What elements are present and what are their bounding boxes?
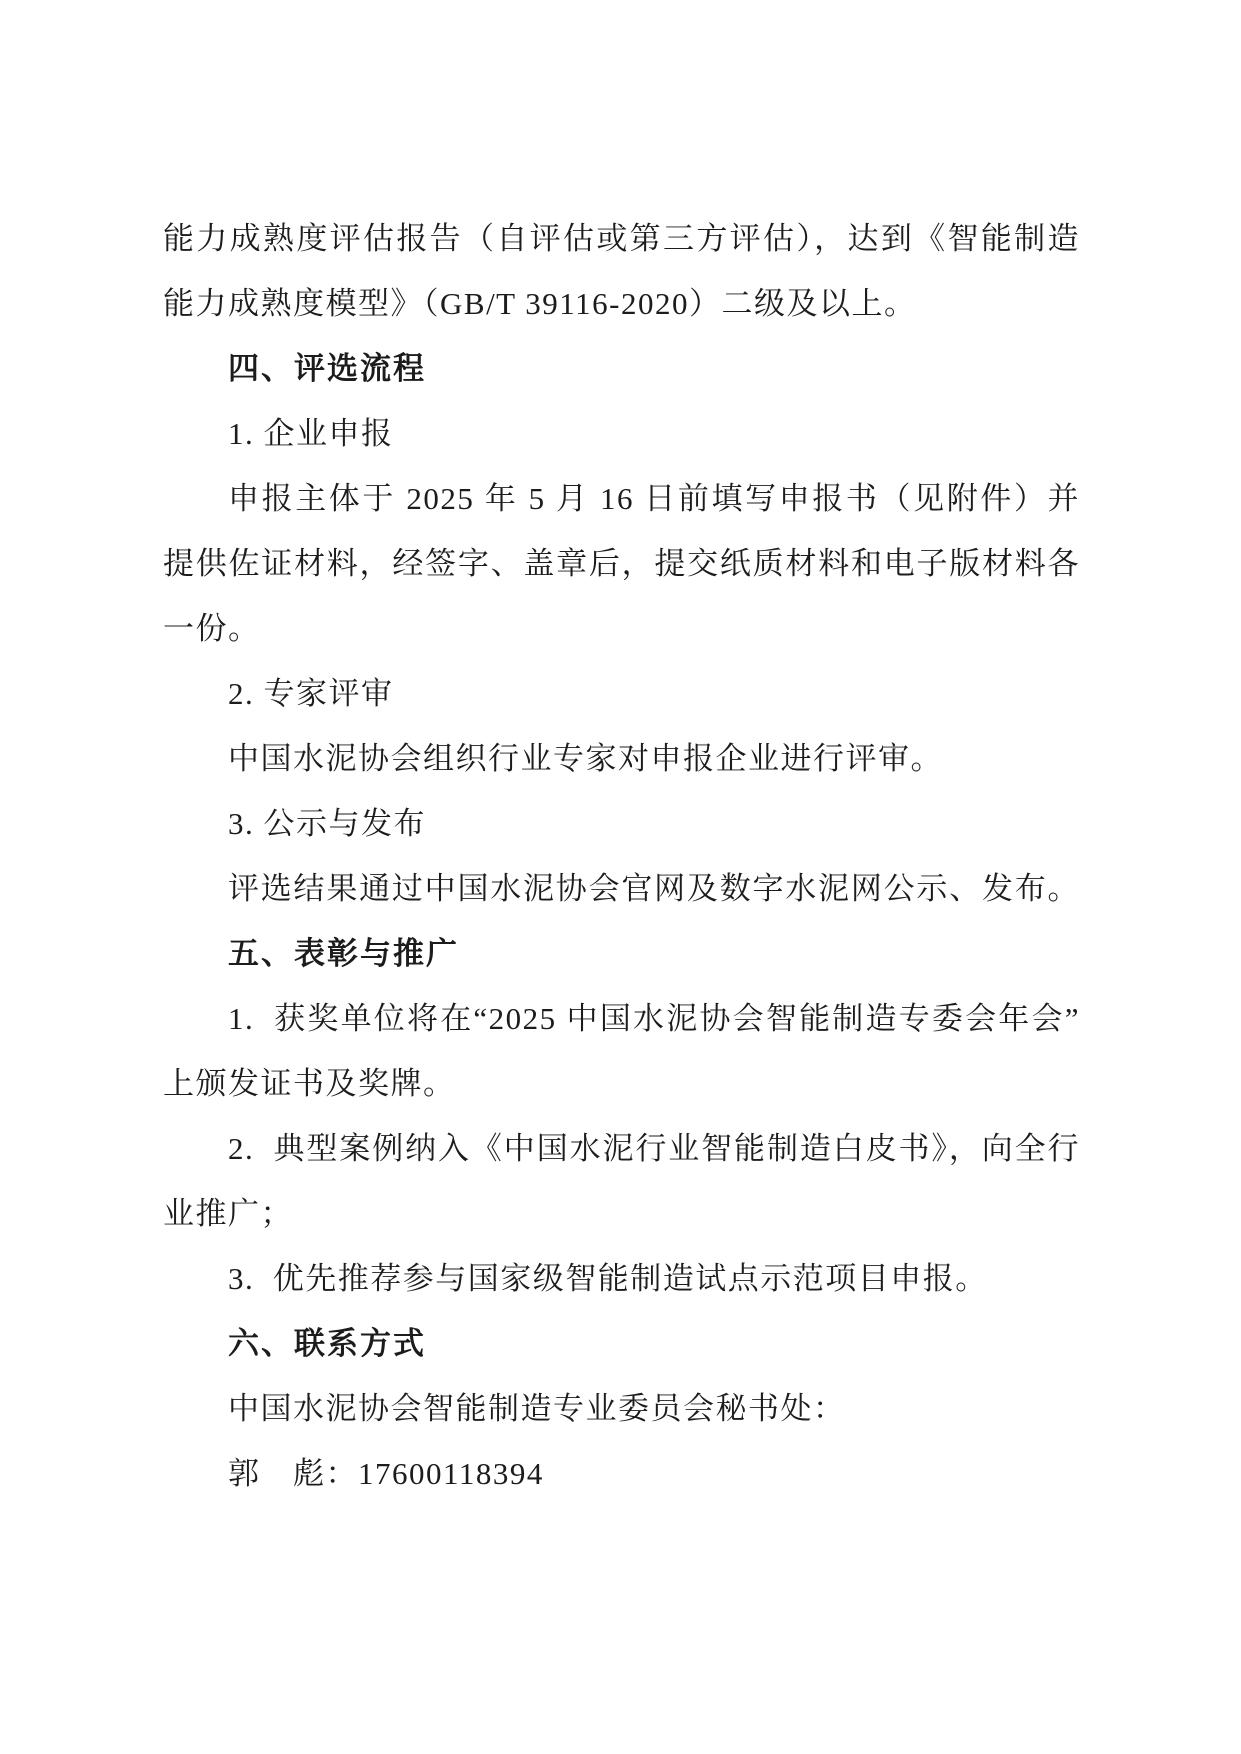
doc-line: 能力成熟度评估报告（自评估或第三方评估），达到《智能制造	[163, 206, 1080, 271]
doc-line: 一份。	[163, 596, 1080, 661]
doc-line: 上颁发证书及奖牌。	[163, 1051, 1080, 1116]
doc-line: 中国水泥协会组织行业专家对申报企业进行评审。	[163, 726, 1080, 791]
section-heading-contact: 六、联系方式	[163, 1311, 1080, 1376]
document-page: 能力成熟度评估报告（自评估或第三方评估），达到《智能制造 能力成熟度模型》（GB…	[0, 0, 1241, 1754]
doc-line: 1. 获奖单位将在“2025 中国水泥协会智能制造专委会年会”	[163, 986, 1080, 1051]
doc-line: 评选结果通过中国水泥协会官网及数字水泥网公示、发布。	[163, 856, 1080, 921]
doc-line: 业推广；	[163, 1181, 1080, 1246]
doc-line: 能力成熟度模型》（GB/T 39116-2020）二级及以上。	[163, 271, 1080, 336]
list-item-heading: 3. 公示与发布	[163, 791, 1080, 856]
doc-line: 3. 优先推荐参与国家级智能制造试点示范项目申报。	[163, 1246, 1080, 1311]
section-heading-process: 四、评选流程	[163, 336, 1080, 401]
doc-line: 2. 典型案例纳入《中国水泥行业智能制造白皮书》，向全行	[163, 1116, 1080, 1181]
list-item-heading: 1. 企业申报	[163, 401, 1080, 466]
doc-line: 提供佐证材料，经签字、盖章后，提交纸质材料和电子版材料各	[163, 531, 1080, 596]
section-heading-awards: 五、表彰与推广	[163, 921, 1080, 986]
doc-line: 中国水泥协会智能制造专业委员会秘书处：	[163, 1376, 1080, 1441]
doc-line: 申报主体于 2025 年 5 月 16 日前填写申报书（见附件）并	[163, 466, 1080, 531]
list-item-heading: 2. 专家评审	[163, 661, 1080, 726]
contact-phone-line: 郭 彪：17600118394	[163, 1441, 1080, 1506]
